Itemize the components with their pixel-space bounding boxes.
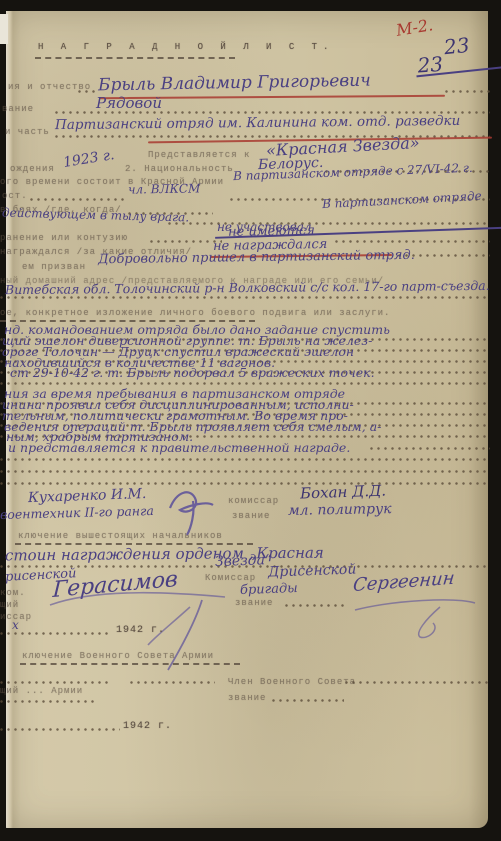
dotted-leader: [335, 240, 490, 243]
dotted-leader: [0, 382, 490, 385]
dotted-leader: [0, 296, 490, 299]
conclusion2-left1: щий ... Армии: [0, 686, 83, 696]
conclusion1-commissar-label: Комиссар: [205, 573, 256, 583]
dotted-leader: [345, 681, 490, 684]
dotted-leader: [0, 470, 490, 473]
feat-line: ст 29-10-42 г. т. Брыль подорвал 5 враже…: [10, 365, 375, 380]
page-number: 23: [443, 33, 471, 60]
dotted-leader: [0, 482, 490, 485]
conclusion1-right-unit: Дрисенской: [268, 561, 357, 580]
conclusion2-right2: звание: [228, 693, 266, 703]
title-underline: [35, 57, 235, 59]
signature-mid-label: комиссар: [228, 496, 279, 506]
conclusion2-date: 1942 г.: [123, 721, 172, 732]
signature-flourish2: [345, 595, 485, 640]
feat-line: и представляется к правительственной наг…: [8, 440, 350, 455]
conclusion1-left3: щий: [0, 600, 19, 610]
dotted-leader: [445, 90, 490, 93]
dotted-leader: [130, 681, 215, 684]
dotted-leader: [30, 198, 125, 201]
field-label-rank: вание: [2, 104, 34, 114]
pen-stroke: [160, 598, 210, 673]
field-label-nationality: 2. Национальность: [125, 164, 234, 174]
dotted-leader: [0, 728, 120, 731]
dotted-leader: [272, 699, 344, 702]
dotted-leader: [78, 90, 96, 93]
conclusion2-right1: Член Военного Совета: [228, 677, 356, 687]
signature-rank-label: звание: [232, 511, 270, 521]
field-value-rank: Рядовой: [96, 94, 162, 112]
conclusion1-heading: ключение вышестоящих начальников: [18, 531, 223, 541]
conclusion1-left2: ком.: [0, 588, 26, 598]
dotted-leader: [285, 604, 345, 607]
feat-section-heading: ое, конкретное изложение личного боевого…: [0, 308, 390, 318]
signature-right-name: Бохан Д.Д.: [300, 482, 387, 503]
conclusion1-right2: бригады: [240, 581, 298, 598]
conclusion1-rank-label: звание: [235, 598, 273, 608]
dotted-leader: [0, 700, 95, 703]
conclusion1-date: 1942 г.: [116, 625, 165, 636]
field-label-award: Представляется к: [148, 150, 250, 160]
corner-notch: [0, 14, 8, 44]
field-label-party: ост.: [2, 191, 28, 201]
dotted-leader: [370, 447, 490, 450]
signature-right-rank: мл. политрук: [288, 501, 392, 519]
field-label-unit: и часть: [5, 127, 50, 137]
dotted-leader: [0, 458, 490, 461]
dotted-leader: [150, 240, 222, 243]
verdict-line1: стоин награждения орденом „Красная: [5, 544, 324, 565]
dotted-leader: [0, 632, 112, 635]
field-label-drafted: ем призван: [22, 262, 86, 272]
signature-scribble: [165, 483, 240, 538]
conclusion1-x-mark: х: [12, 618, 19, 632]
document-title: Н А Г Р А Д Н О Й Л И С Т.: [38, 42, 334, 52]
dotted-leader: [168, 222, 490, 225]
dotted-leader: [0, 681, 110, 684]
field-label-birth: ождения: [10, 164, 55, 174]
verdict-line2: Звезда“: [215, 552, 273, 570]
field-label-wounds: ранение или контузию: [0, 233, 128, 243]
field-value-party: чл. ВЛКСМ: [128, 181, 201, 196]
